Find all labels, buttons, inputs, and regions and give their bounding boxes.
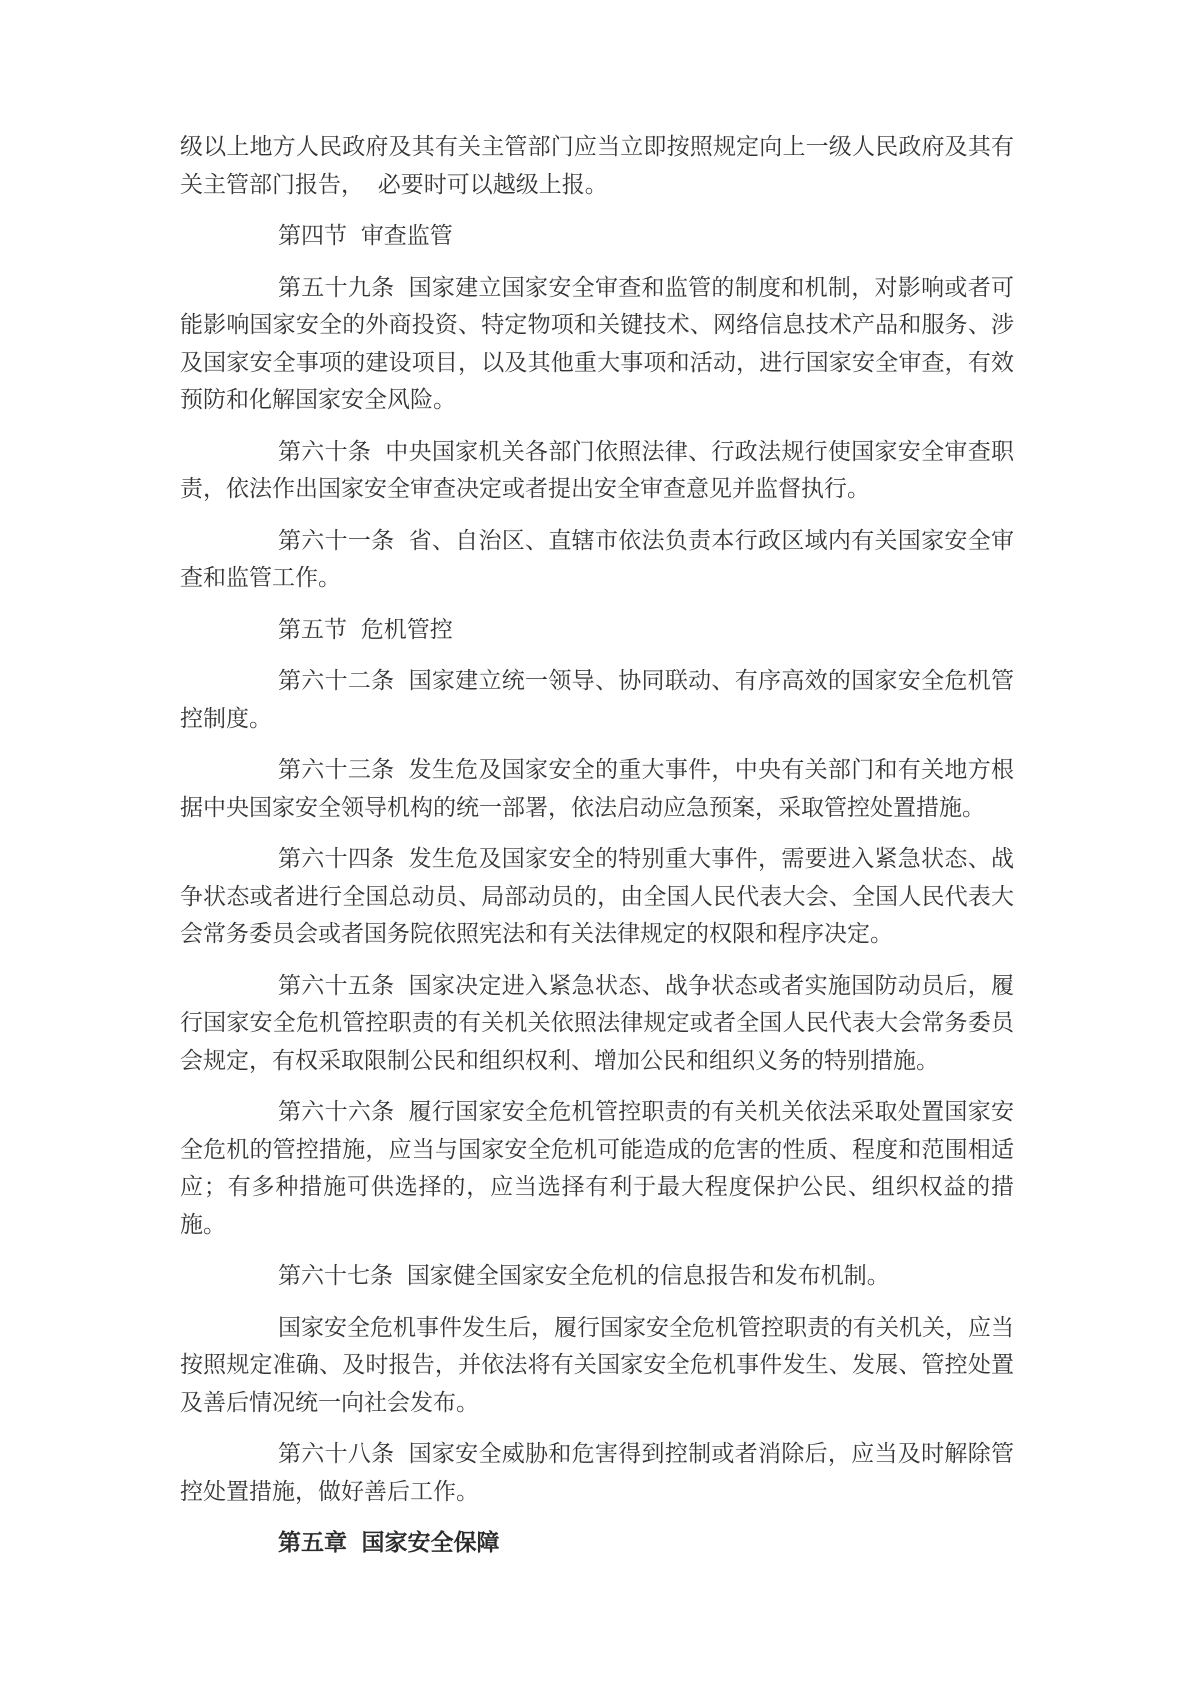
article-66: 第六十六条 履行国家安全危机管控职责的有关机关依法采取处置国家安全危机的管控措施…: [180, 1093, 1014, 1243]
article-60: 第六十条 中央国家机关各部门依照法律、行政法规行使国家安全审查职责，依法作出国家…: [180, 433, 1014, 508]
article-59: 第五十九条 国家建立国家安全审查和监管的制度和机制，对影响或者可能影响国家安全的…: [180, 269, 1014, 419]
article-61: 第六十一条 省、自治区、直辖市依法负责本行政区域内有关国家安全审查和监管工作。: [180, 522, 1014, 597]
article-64: 第六十四条 发生危及国家安全的特别重大事件，需要进入紧急状态、战争状态或者进行全…: [180, 840, 1014, 953]
section-heading-4: 第四节 审查监管: [180, 217, 1014, 255]
article-67: 第六十七条 国家健全国家安全危机的信息报告和发布机制。: [180, 1257, 1014, 1295]
article-68: 第六十八条 国家安全威胁和危害得到控制或者消除后，应当及时解除管控处置措施，做好…: [180, 1435, 1014, 1510]
paragraph-continuation: 级以上地方人民政府及其有关主管部门应当立即按照规定向上一级人民政府及其有关主管部…: [180, 128, 1014, 203]
article-65: 第六十五条 国家决定进入紧急状态、战争状态或者实施国防动员后，履行国家安全危机管…: [180, 967, 1014, 1080]
article-63: 第六十三条 发生危及国家安全的重大事件，中央有关部门和有关地方根据中央国家安全领…: [180, 751, 1014, 826]
chapter-heading-5: 第五章 国家安全保障: [180, 1524, 1014, 1562]
article-62: 第六十二条 国家建立统一领导、协同联动、有序高效的国家安全危机管控制度。: [180, 662, 1014, 737]
article-67-paragraph-2: 国家安全危机事件发生后，履行国家安全危机管控职责的有关机关，应当按照规定准确、及…: [180, 1309, 1014, 1422]
document-page: 级以上地方人民政府及其有关主管部门应当立即按照规定向上一级人民政府及其有关主管部…: [0, 0, 1191, 1684]
section-heading-5: 第五节 危机管控: [180, 611, 1014, 649]
